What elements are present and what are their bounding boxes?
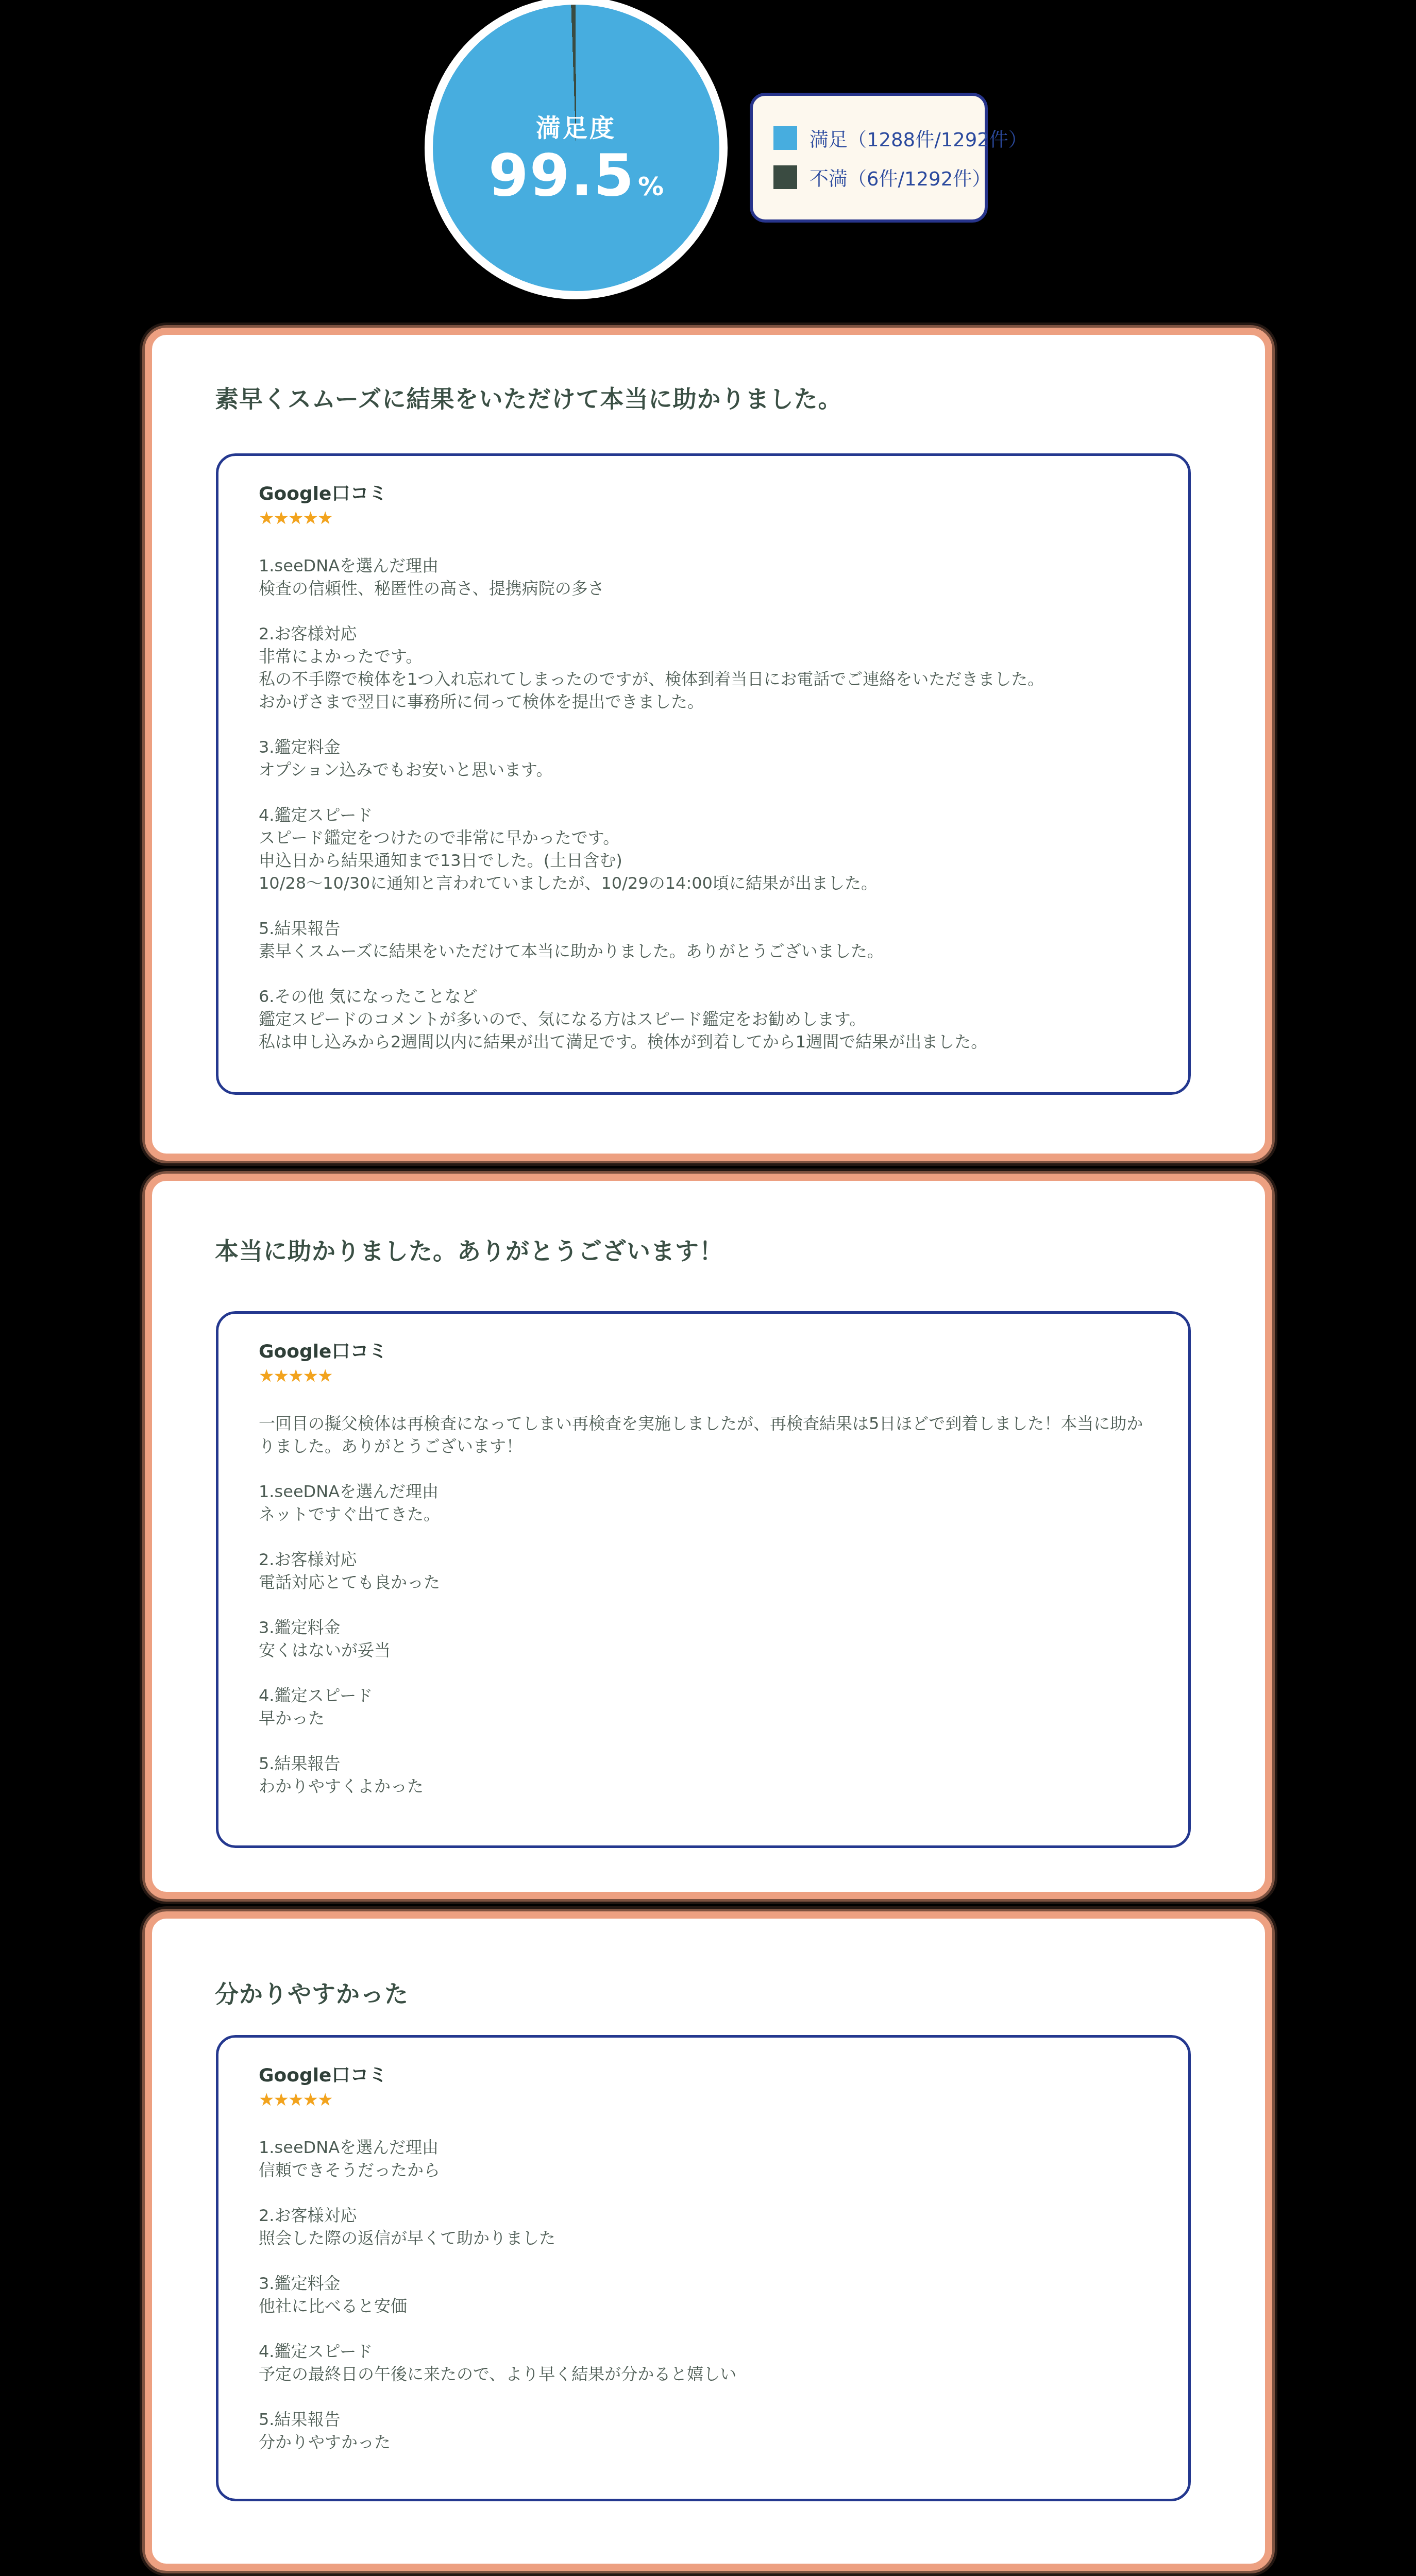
unsatisfied-color-swatch xyxy=(773,165,797,189)
legend-label-unsatisfied: 不満（6件/1292件） xyxy=(810,163,991,191)
review-box: Google口コミ ★★★★★ 1.seeDNAを選んだ理由 信頼できそうだった… xyxy=(216,2035,1191,2501)
chart-legend: 満足（1288件/1292件） 不満（6件/1292件） xyxy=(750,93,988,223)
review-body-text: 一回目の擬父検体は再検査になってしまい再検査を実施しましたが、再検査結果は5日ほ… xyxy=(259,1412,1148,1798)
review-source-label: Google口コミ xyxy=(259,1341,1148,1363)
satisfied-color-swatch xyxy=(773,126,797,150)
satisfaction-value-row: 99.5 % xyxy=(488,147,664,205)
review-source-label: Google口コミ xyxy=(259,2064,1148,2087)
satisfaction-pie-chart: 満足度 99.5 % xyxy=(425,0,728,299)
legend-item-unsatisfied: 不満（6件/1292件） xyxy=(773,163,985,191)
review-box: Google口コミ ★★★★★ 1.seeDNAを選んだ理由 検査の信頼性、秘匿… xyxy=(216,453,1191,1095)
percent-unit: % xyxy=(638,172,664,201)
review-heading: 分かりやすかった xyxy=(215,1975,409,2009)
review-body-text: 1.seeDNAを選んだ理由 信頼できそうだったから 2.お客様対応 照会した際… xyxy=(259,2136,1148,2453)
pie-center-label-group: 満足度 99.5 % xyxy=(433,16,719,302)
star-rating-icons: ★★★★★ xyxy=(259,1365,1148,1387)
review-card: 分かりやすかった Google口コミ ★★★★★ 1.seeDNAを選んだ理由 … xyxy=(145,1911,1272,2571)
legend-item-satisfied: 満足（1288件/1292件） xyxy=(773,124,985,152)
review-card: 素早くスムーズに結果をいただけて本当に助かりました。 Google口コミ ★★★… xyxy=(145,328,1272,1161)
star-rating-icons: ★★★★★ xyxy=(259,507,1148,530)
review-source-label: Google口コミ xyxy=(259,483,1148,505)
satisfaction-label: 満足度 xyxy=(536,114,616,144)
review-heading: 素早くスムーズに結果をいただけて本当に助かりました。 xyxy=(215,380,842,414)
review-box: Google口コミ ★★★★★ 一回目の擬父検体は再検査になってしまい再検査を実… xyxy=(216,1311,1191,1848)
review-heading: 本当に助かりました。ありがとうございます！ xyxy=(215,1232,723,1266)
reviews-page: 満足度 99.5 % 満足（1288件/1292件） 不満（6件/1292件） … xyxy=(0,0,1416,2576)
satisfaction-value: 99.5 xyxy=(488,147,635,205)
star-rating-icons: ★★★★★ xyxy=(259,2089,1148,2111)
legend-label-satisfied: 満足（1288件/1292件） xyxy=(810,124,1027,152)
review-body-text: 1.seeDNAを選んだ理由 検査の信頼性、秘匿性の高さ、提携病院の多さ 2.お… xyxy=(259,554,1148,1053)
review-card: 本当に助かりました。ありがとうございます！ Google口コミ ★★★★★ 一回… xyxy=(145,1174,1272,1899)
